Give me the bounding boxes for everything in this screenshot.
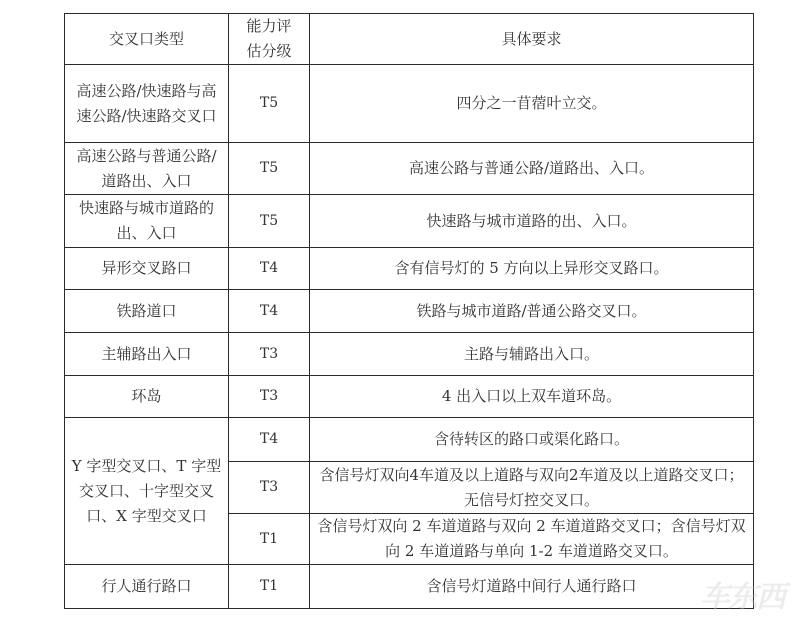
cell-requirement: 高速公路与普通公路/道路出、入口。 (310, 143, 754, 195)
cell-type-merged: Y 字型交叉口、T 字型交叉口、十字型交叉口、X 字型交叉口 (65, 418, 229, 565)
header-grade-line2: 估分级 (246, 42, 291, 60)
cell-grade: T4 (229, 290, 310, 333)
cell-type: 快速路与城市道路的出、入口 (65, 195, 229, 248)
cell-grade: T5 (229, 65, 310, 143)
cell-type: 主辅路出入口 (65, 333, 229, 376)
cell-requirement: 铁路与城市道路/普通公路交叉口。 (310, 290, 754, 333)
table-row: 快速路与城市道路的出、入口 T5 快速路与城市道路的出、入口。 (65, 195, 754, 248)
cell-grade: T1 (229, 514, 310, 565)
cell-type: 高速公路/快速路与高速公路/快速路交叉口 (65, 65, 229, 143)
intersection-capability-table: 交叉口类型 能力评估分级 具体要求 高速公路/快速路与高速公路/快速路交叉口 T… (64, 13, 754, 609)
cell-grade: T4 (229, 418, 310, 462)
header-grade-line1: 能力评 (246, 17, 291, 35)
table-header-row: 交叉口类型 能力评估分级 具体要求 (65, 14, 754, 65)
header-type: 交叉口类型 (65, 14, 229, 65)
cell-type: 高速公路与普通公路/道路出、入口 (65, 143, 229, 195)
cell-requirement: 含信号灯道路中间行人通行路口 (310, 565, 754, 609)
header-grade: 能力评估分级 (229, 14, 310, 65)
table-row: 高速公路/快速路与高速公路/快速路交叉口 T5 四分之一苜蓿叶立交。 (65, 65, 754, 143)
cell-requirement: 快速路与城市道路的出、入口。 (310, 195, 754, 248)
cell-grade: T4 (229, 248, 310, 290)
table-row: 行人通行路口 T1 含信号灯道路中间行人通行路口 (65, 565, 754, 609)
cell-requirement: 含信号灯双向4车道及以上道路与双向2车道及以上道路交叉口；无信号灯控交叉口。 (310, 462, 754, 514)
table-row: 异形交叉路口 T4 含有信号灯的 5 方向以上异形交叉路口。 (65, 248, 754, 290)
cell-requirement: 含信号灯双向 2 车道道路与双向 2 车道道路交叉口；含信号灯双向 2 车道道路… (310, 514, 754, 565)
cell-requirement: 含待转区的路口或渠化路口。 (310, 418, 754, 462)
cell-grade: T5 (229, 143, 310, 195)
cell-type: 铁路道口 (65, 290, 229, 333)
cell-grade: T3 (229, 376, 310, 418)
cell-grade: T3 (229, 333, 310, 376)
table-row: 高速公路与普通公路/道路出、入口 T5 高速公路与普通公路/道路出、入口。 (65, 143, 754, 195)
cell-requirement: 4 出入口以上双车道环岛。 (310, 376, 754, 418)
header-requirement: 具体要求 (310, 14, 754, 65)
cell-grade: T5 (229, 195, 310, 248)
cell-requirement: 四分之一苜蓿叶立交。 (310, 65, 754, 143)
cell-type: 行人通行路口 (65, 565, 229, 609)
cell-requirement: 含有信号灯的 5 方向以上异形交叉路口。 (310, 248, 754, 290)
cell-requirement: 主路与辅路出入口。 (310, 333, 754, 376)
table-row: 环岛 T3 4 出入口以上双车道环岛。 (65, 376, 754, 418)
cell-grade: T1 (229, 565, 310, 609)
table-row: 铁路道口 T4 铁路与城市道路/普通公路交叉口。 (65, 290, 754, 333)
cell-grade: T3 (229, 462, 310, 514)
watermark-logo: 车东西 (700, 572, 784, 616)
table-row: 主辅路出入口 T3 主路与辅路出入口。 (65, 333, 754, 376)
table-row: Y 字型交叉口、T 字型交叉口、十字型交叉口、X 字型交叉口 T4 含待转区的路… (65, 418, 754, 462)
cell-type: 环岛 (65, 376, 229, 418)
cell-type: 异形交叉路口 (65, 248, 229, 290)
